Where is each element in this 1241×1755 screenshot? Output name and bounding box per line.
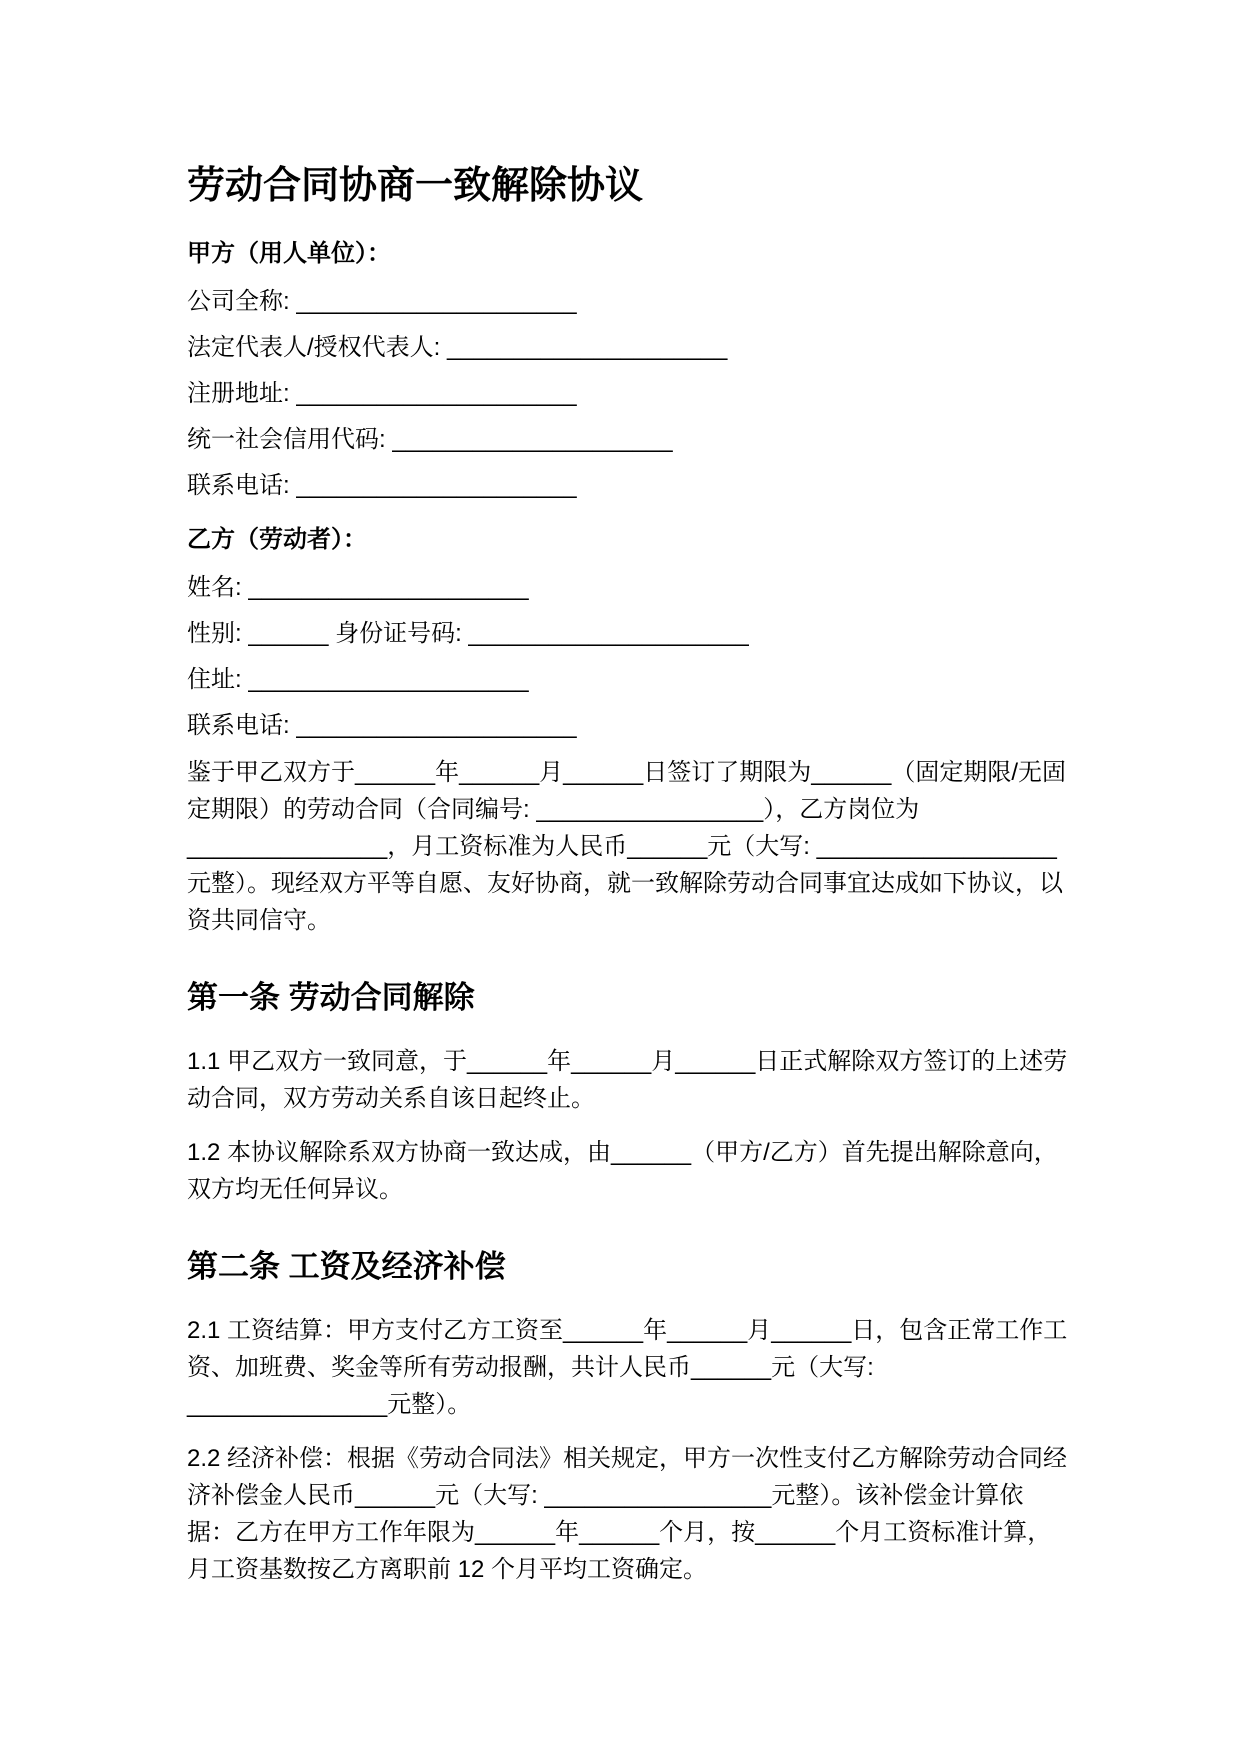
- field-residence-address: 住址: _____________________: [187, 662, 1071, 698]
- contract-document-page: 劳动合同协商一致解除协议 甲方（用人单位）： 公司全称: ___________…: [0, 0, 1241, 1755]
- field-party-a-phone: 联系电话: _____________________: [187, 468, 1071, 504]
- field-unified-social-credit-code: 统一社会信用代码: _____________________: [187, 422, 1071, 458]
- party-b-heading: 乙方（劳动者）：: [187, 522, 1071, 558]
- clause-2-1: 2.1 工资结算：甲方支付乙方工资至______年______月______日，…: [187, 1312, 1071, 1423]
- clause-1-1: 1.1 甲乙双方一致同意，于______年______月______日正式解除双…: [187, 1043, 1071, 1117]
- field-employee-name: 姓名: _____________________: [187, 570, 1071, 606]
- preamble-paragraph: 鉴于甲乙双方于______年______月______日签订了期限为______…: [187, 754, 1071, 939]
- field-registered-address: 注册地址: _____________________: [187, 376, 1071, 412]
- section-2-heading: 第二条 工资及经济补偿: [187, 1248, 1071, 1286]
- document-title: 劳动合同协商一致解除协议: [187, 162, 1071, 210]
- clause-1-2: 1.2 本协议解除系双方协商一致达成，由______（甲方/乙方）首先提出解除意…: [187, 1134, 1071, 1208]
- clause-2-2: 2.2 经济补偿：根据《劳动合同法》相关规定，甲方一次性支付乙方解除劳动合同经济…: [187, 1440, 1071, 1588]
- field-legal-representative: 法定代表人/授权代表人: _____________________: [187, 330, 1071, 366]
- section-1-heading: 第一条 劳动合同解除: [187, 979, 1071, 1017]
- field-company-name: 公司全称: _____________________: [187, 284, 1071, 320]
- field-party-b-phone: 联系电话: _____________________: [187, 708, 1071, 744]
- field-gender-and-id-number: 性别: ______ 身份证号码: _____________________: [187, 616, 1071, 652]
- party-a-heading: 甲方（用人单位）：: [187, 236, 1071, 272]
